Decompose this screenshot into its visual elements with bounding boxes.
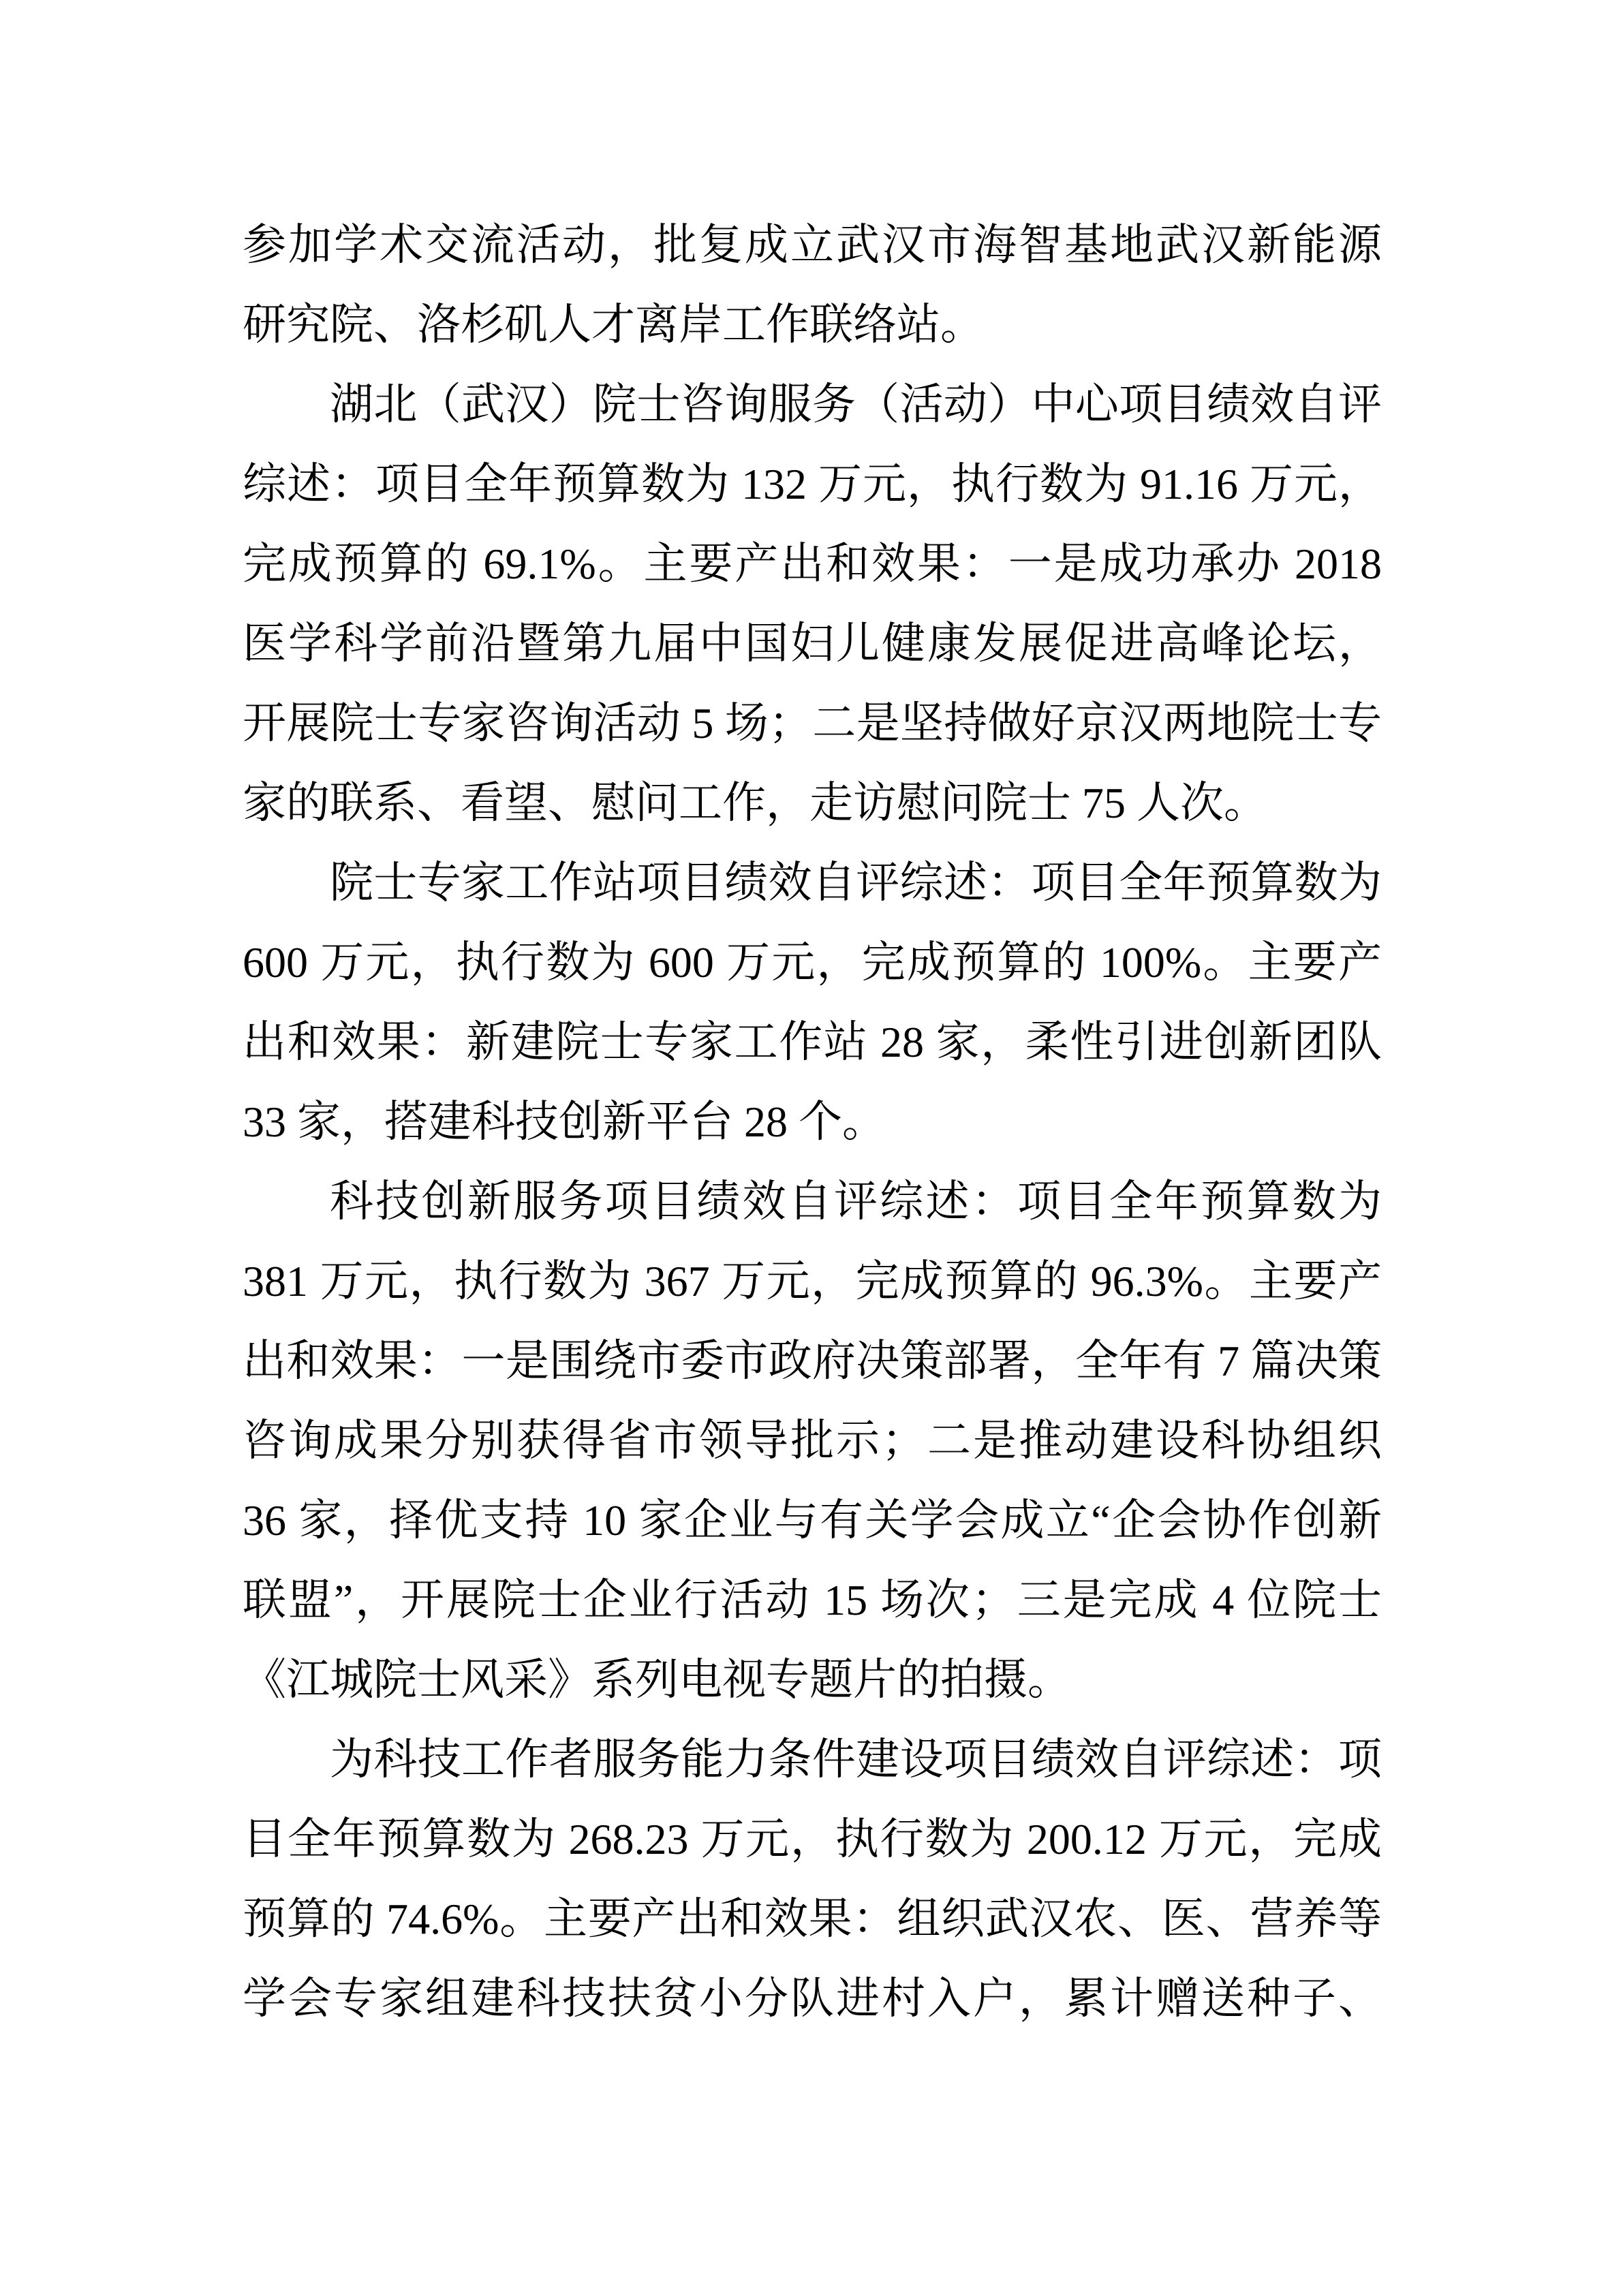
text-line: 36 家，择优支持 10 家企业与有关学会成立“企会协作创新 bbox=[243, 1480, 1382, 1560]
text-line: 院士专家工作站项目绩效自评综述：项目全年预算数为 bbox=[243, 843, 1382, 922]
text-line: 33 家，搭建科技创新平台 28 个。 bbox=[243, 1082, 1382, 1162]
text-line: 医学科学前沿暨第九届中国妇儿健康发展促进高峰论坛， bbox=[243, 604, 1382, 683]
text-line: 咨询成果分别获得省市领导批示；二是推动建设科协组织 bbox=[243, 1401, 1382, 1480]
text-line: 381 万元，执行数为 367 万元，完成预算的 96.3%。主要产 bbox=[243, 1241, 1382, 1321]
text-line: 出和效果：新建院士专家工作站 28 家，柔性引进创新团队 bbox=[243, 1002, 1382, 1082]
text-line: 完成预算的 69.1%。主要产出和效果：一是成功承办 2018 bbox=[243, 524, 1382, 604]
text-line: 综述：项目全年预算数为 132 万元，执行数为 91.16 万元， bbox=[243, 444, 1382, 524]
text-line: 预算的 74.6%。主要产出和效果：组织武汉农、医、营养等 bbox=[243, 1879, 1382, 1959]
text-line: 目全年预算数为 268.23 万元，执行数为 200.12 万元，完成 bbox=[243, 1799, 1382, 1879]
text-line: 参加学术交流活动，批复成立武汉市海智基地武汉新能源 bbox=[243, 205, 1382, 285]
text-line: 学会专家组建科技扶贫小分队进村入户，累计赠送种子、 bbox=[243, 1959, 1382, 2038]
text-line: 600 万元，执行数为 600 万元，完成预算的 100%。主要产 bbox=[243, 922, 1382, 1002]
text-line: 湖北（武汉）院士咨询服务（活动）中心项目绩效自评 bbox=[243, 364, 1382, 444]
document-page: 参加学术交流活动，批复成立武汉市海智基地武汉新能源研究院、洛杉矶人才离岸工作联络… bbox=[0, 0, 1623, 2296]
text-line: 联盟”，开展院士企业行活动 15 场次；三是完成 4 位院士 bbox=[243, 1560, 1382, 1640]
text-line: 科技创新服务项目绩效自评综述：项目全年预算数为 bbox=[243, 1162, 1382, 1241]
text-line: 家的联系、看望、慰问工作，走访慰问院士 75 人次。 bbox=[243, 763, 1382, 843]
text-line: 研究院、洛杉矶人才离岸工作联络站。 bbox=[243, 285, 1382, 364]
text-line: 《江城院士风采》系列电视专题片的拍摄。 bbox=[243, 1640, 1382, 1720]
text-line: 出和效果：一是围绕市委市政府决策部署，全年有 7 篇决策 bbox=[243, 1321, 1382, 1401]
text-line: 开展院士专家咨询活动 5 场；二是坚持做好京汉两地院士专 bbox=[243, 683, 1382, 763]
text-line: 为科技工作者服务能力条件建设项目绩效自评综述：项 bbox=[243, 1720, 1382, 1799]
text-block: 参加学术交流活动，批复成立武汉市海智基地武汉新能源研究院、洛杉矶人才离岸工作联络… bbox=[243, 205, 1382, 2038]
